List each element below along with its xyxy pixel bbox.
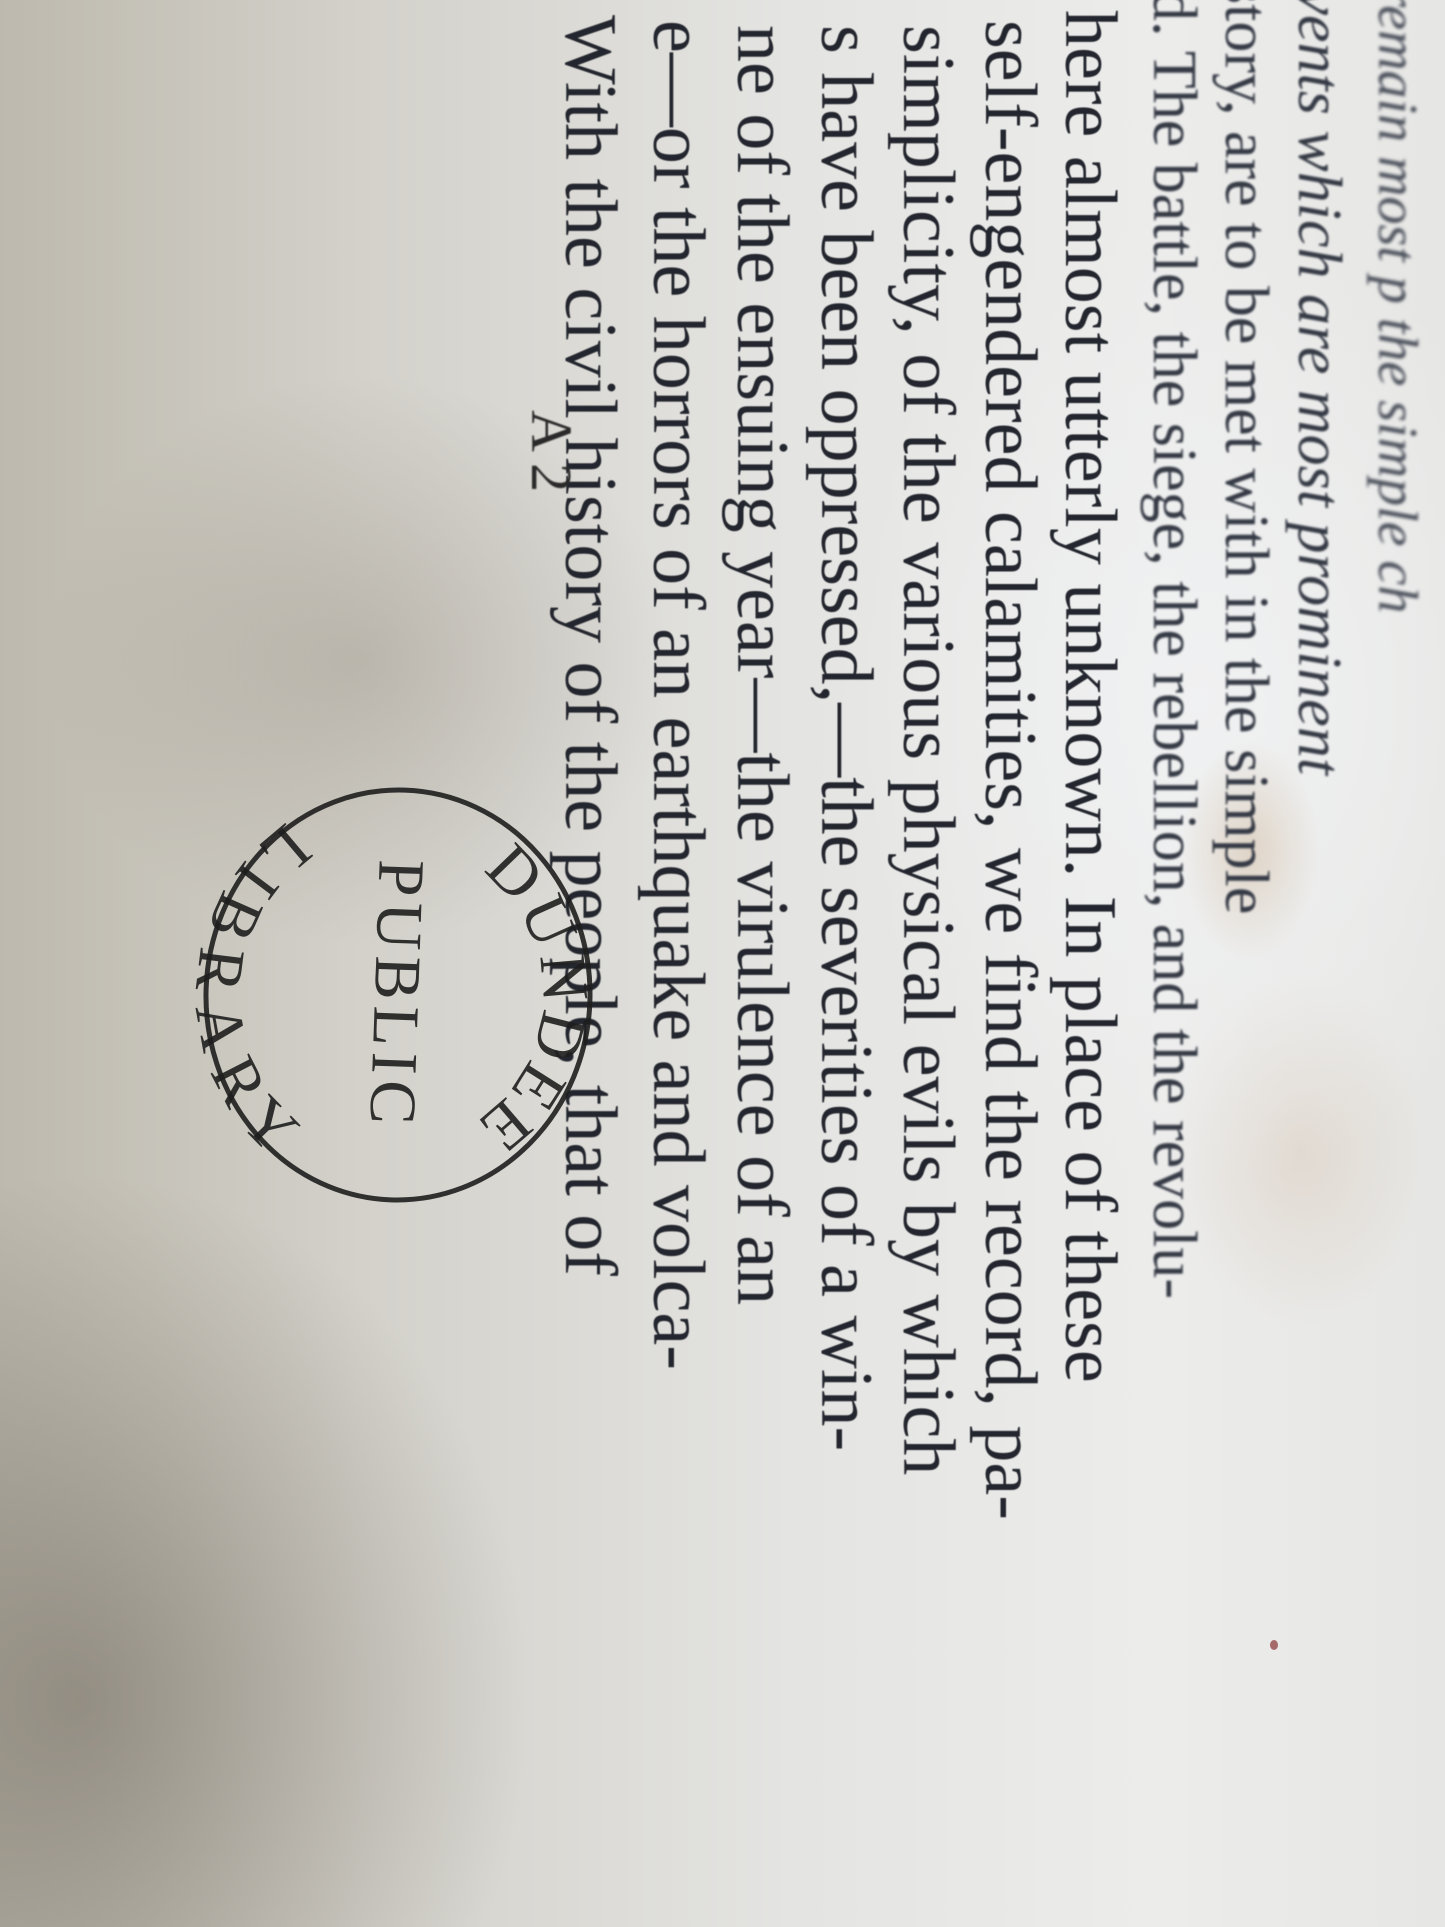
text-line-0: ver remain most p the simple ch [1369, 0, 1425, 613]
text-line-8: ne of the ensuing year—the virulence of … [725, 25, 799, 1305]
svg-text:PUBLIC: PUBLIC [355, 858, 437, 1131]
foxing-spot [1270, 1640, 1278, 1650]
text-line-9: e—or the horrors of an earthquake and vo… [641, 20, 715, 1370]
text-line-3: d. The battle, the siege, the rebellion,… [1143, 0, 1205, 1299]
text-line-4: here almost utterly unknown. In place of… [1053, 10, 1127, 1383]
book-page: ver remain most p the simple ch events w… [0, 0, 1445, 1927]
stamp-icon: DUNDEE PUBLIC LIBRARY [185, 768, 610, 1222]
text-line-5: self-engendered calamities, we find the … [973, 20, 1047, 1520]
text-line-6: simplicity, of the various physical evil… [891, 25, 965, 1475]
library-stamp: DUNDEE PUBLIC LIBRARY [185, 768, 610, 1222]
text-line-2: story, are to be met with in the simple [1215, 0, 1277, 914]
signature-mark: A 2 [518, 410, 585, 492]
text-line-1: events which are most prominent [1288, 0, 1350, 775]
text-line-7: s have been oppressed,—the severities of… [809, 25, 883, 1451]
svg-text:DUNDEE: DUNDEE [462, 828, 608, 1171]
